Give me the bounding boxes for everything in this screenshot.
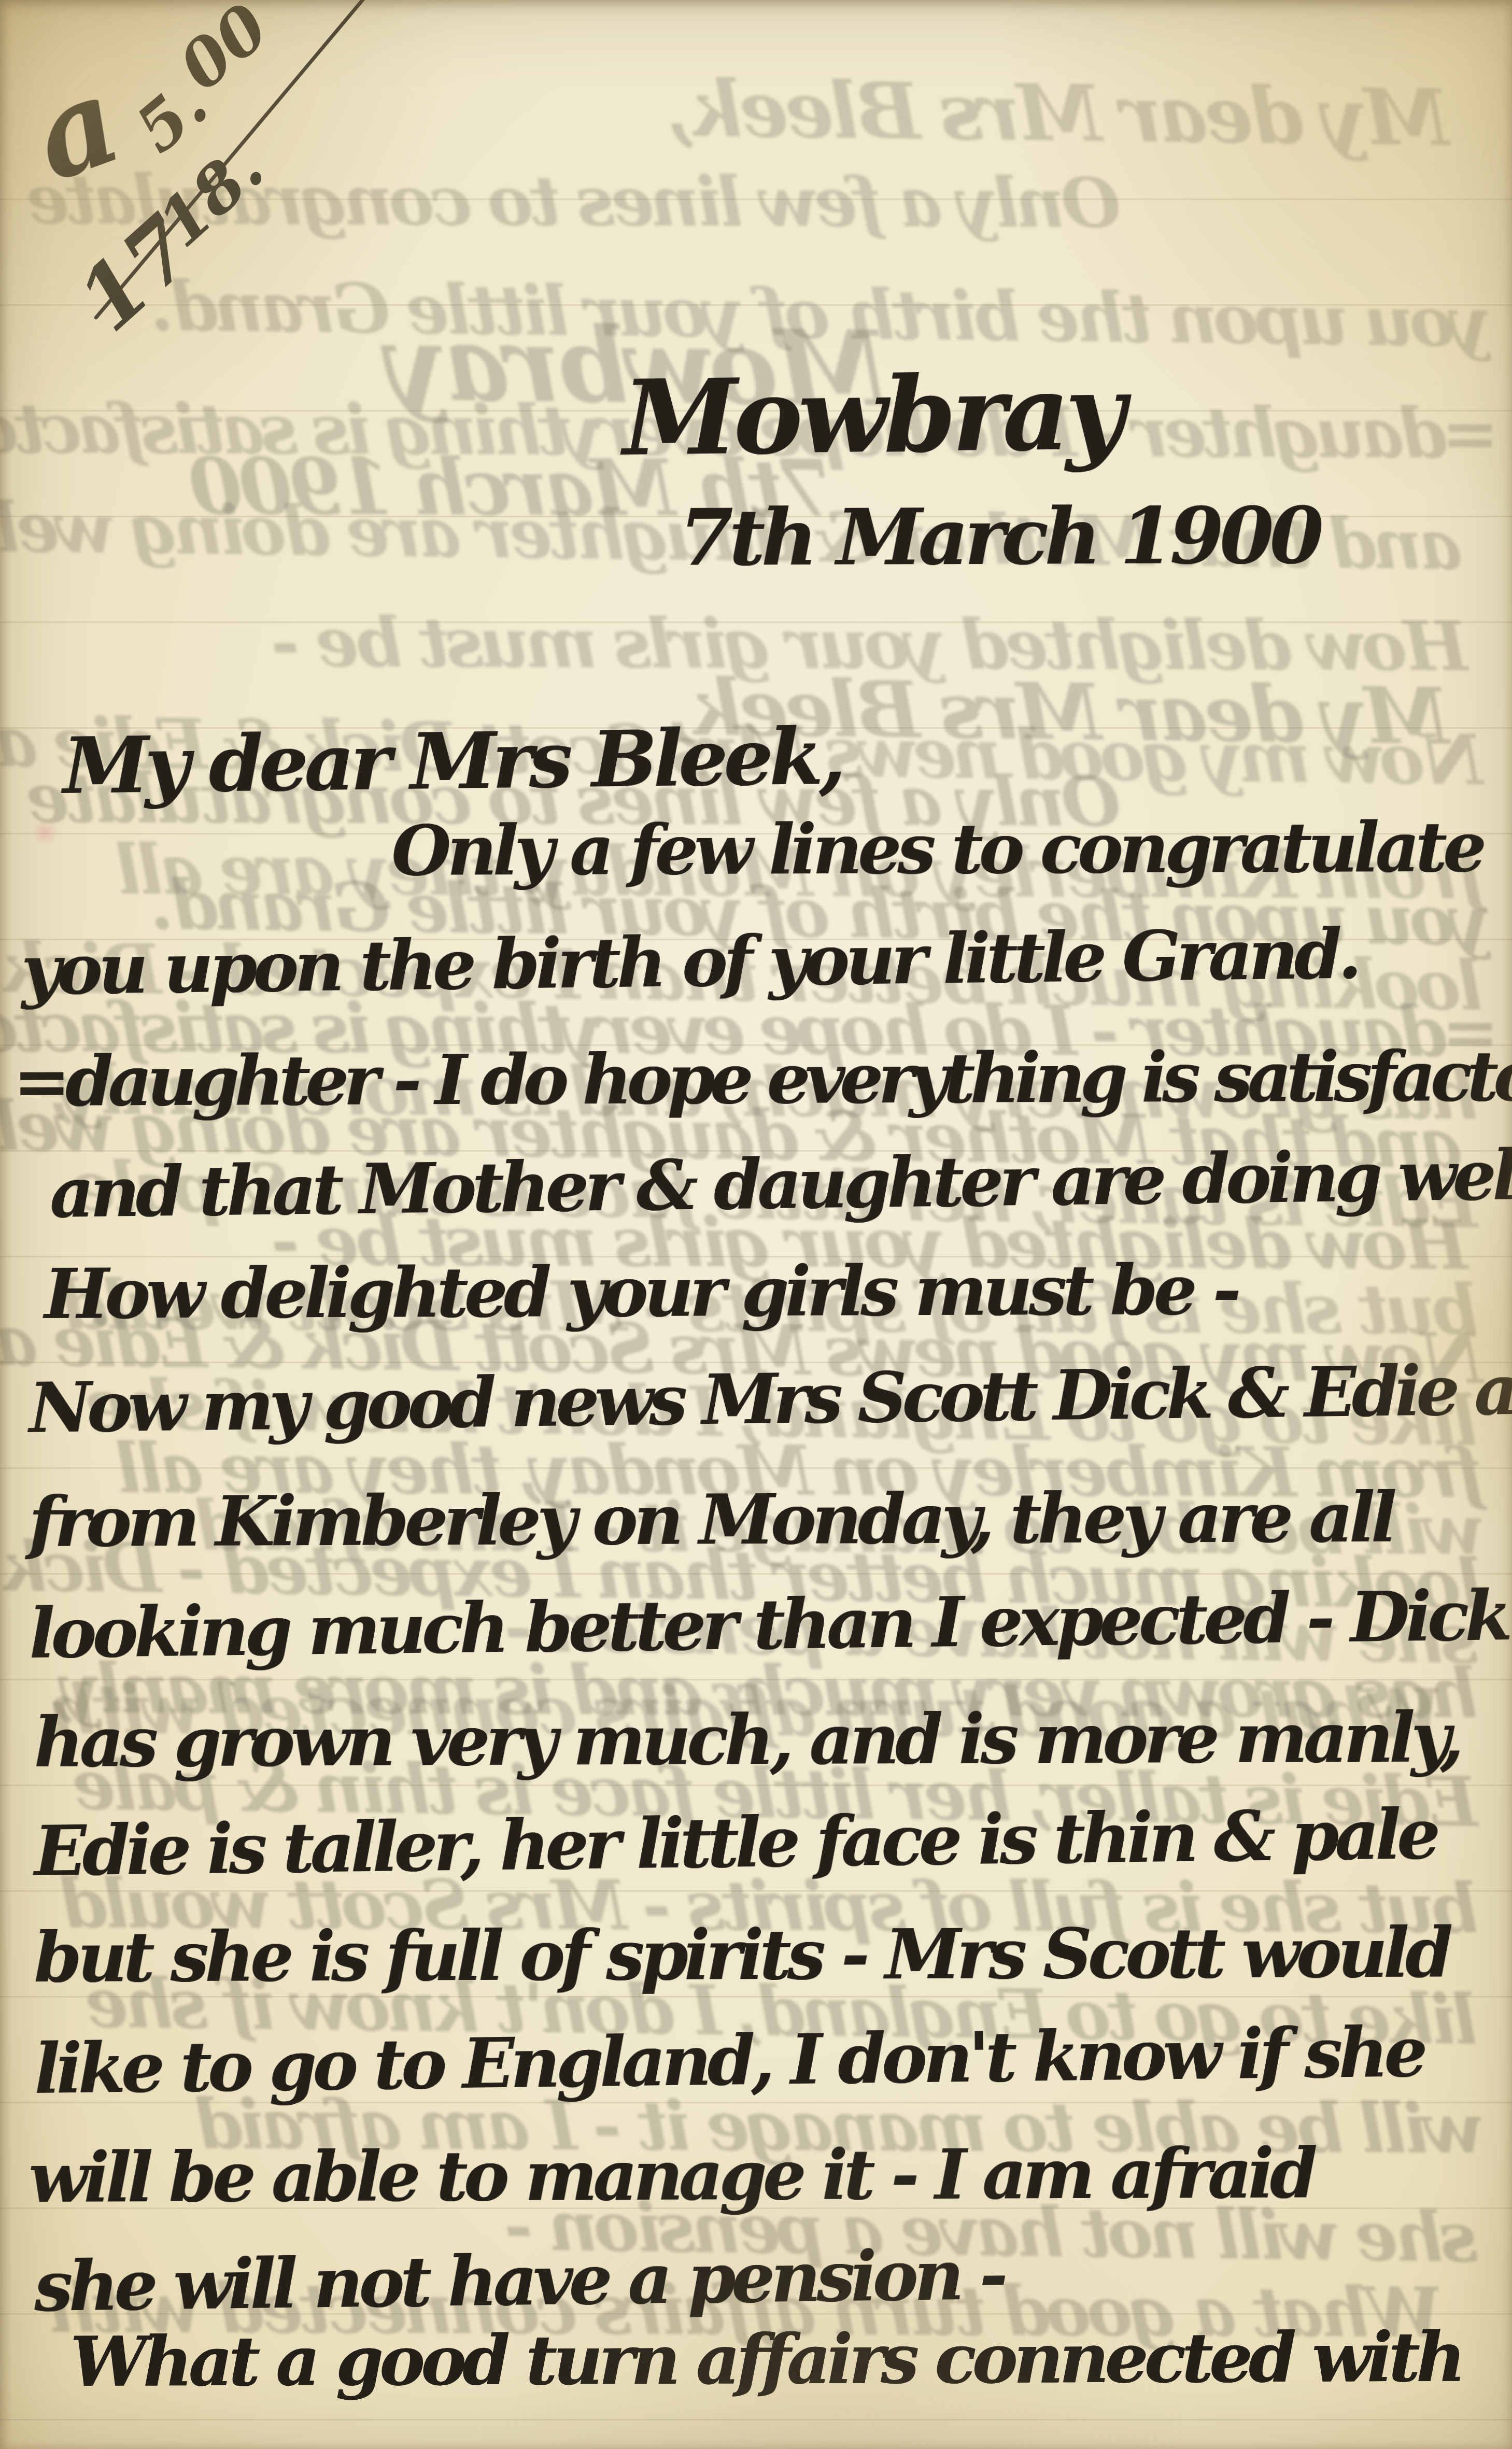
body-line-13: will be able to manage it - I am afraid: [29, 2133, 1313, 2218]
heading-date: 7th March 1900: [679, 490, 1320, 584]
body-line-14: she will not have a pension -: [34, 2235, 1004, 2327]
body-line-11: but she is full of spirits - Mrs Scott w…: [34, 1913, 1449, 1998]
body-line-5: How delighted your girls must be -: [44, 1250, 1237, 1335]
salutation-line: My dear Mrs Bleek,: [62, 711, 842, 812]
heading-place: Mowbray: [622, 351, 1122, 479]
body-line-9: has grown very much, and is more manly,: [34, 1697, 1460, 1783]
annotation-letter-a: a: [14, 48, 137, 209]
body-line-1: Only a few lines to congratulate: [391, 808, 1482, 891]
body-line-2: you upon the birth of your little Grand.: [21, 914, 1358, 1011]
letter-scan-page: { "annotation": { "letter": "a", "fragme…: [0, 0, 1512, 2449]
body-line-15: What a good turn affairs connected with: [70, 2317, 1462, 2402]
body-line-8: looking much better than I expected - Di…: [29, 1576, 1508, 1674]
bleed-text: you upon the birth of your little Grand.: [154, 266, 1491, 363]
body-line-6: Now my good news Mrs Scott Dick & Edie a…: [29, 1348, 1512, 1449]
body-line-7: from Kimberley on Monday, they are all: [29, 1478, 1393, 1563]
body-line-3: =daughter - I do hope everything is sati…: [13, 1036, 1512, 1122]
body-line-12: like to go to England, I don't know if s…: [34, 2012, 1424, 2110]
body-line-10: Edie is taller, her little face is thin …: [34, 1794, 1437, 1892]
body-line-4: and that Mother & daughter are doing wel…: [49, 1135, 1512, 1234]
bleed-text: How delighted your girls must be -: [275, 602, 1468, 687]
bleed-text: My dear Mrs Bleek,: [670, 63, 1450, 164]
